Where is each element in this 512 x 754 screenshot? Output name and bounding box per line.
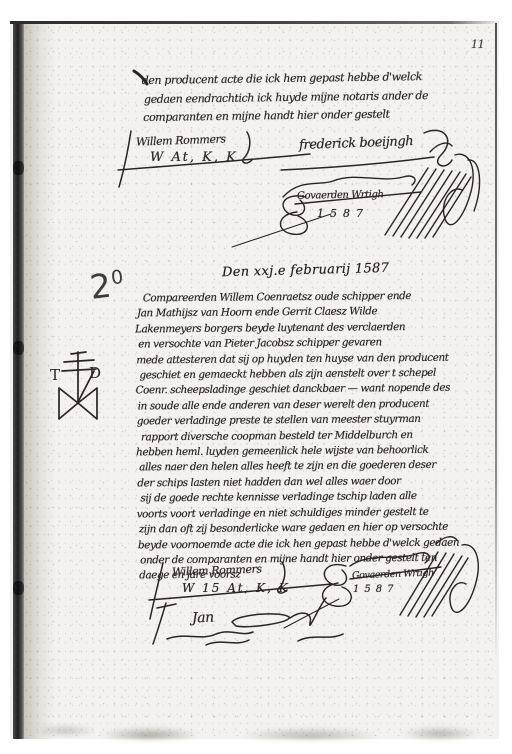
notary-year-bottom: 1587 xyxy=(353,584,398,595)
binding-edge xyxy=(13,21,24,739)
manuscript-scan: 11 den producent acte die ick hem gepast… xyxy=(0,0,512,754)
page-right-edge xyxy=(495,23,497,663)
signature-jan: Jan xyxy=(192,610,214,627)
house-mark-letter-t: T xyxy=(50,366,60,384)
main-entry-text: Compareerden Willem Coenraetsz oude schi… xyxy=(135,289,460,585)
binding-dark-spot xyxy=(13,341,24,355)
handwritten-line: comparanten en mijne handt hier onder ge… xyxy=(143,105,428,127)
binding-dark-spot xyxy=(13,161,24,175)
handwritten-line: Compareerden Willem Coenraetsz oude schi… xyxy=(143,289,457,307)
notary-signature-top: Govaerden Wrtigh xyxy=(297,189,384,202)
folio-number: 11 xyxy=(471,38,484,51)
signature-willem-paraph-top: W At, K, K xyxy=(150,150,238,165)
handwritten-line: alles naer den helen alles heeft te zijn… xyxy=(139,458,458,476)
margin-item-number: 20 xyxy=(88,264,126,307)
top-entry-text: den producent acte die ick hem gepast he… xyxy=(142,68,429,127)
signature-willem-paraph-bottom: W 15 At, K, K xyxy=(182,581,290,595)
page-top-edge xyxy=(10,21,499,24)
notary-year-top: 1587 xyxy=(317,207,369,220)
binding-dark-spot xyxy=(13,581,24,595)
bottom-stain xyxy=(10,697,499,739)
house-mark-letter-d: D xyxy=(89,364,101,382)
